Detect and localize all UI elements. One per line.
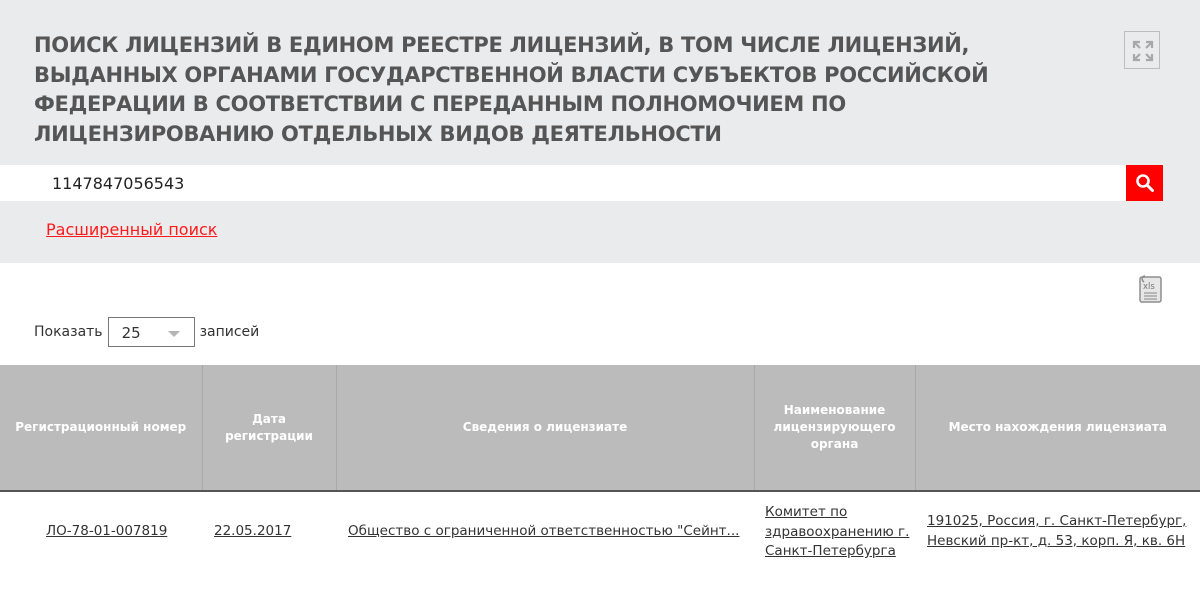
chevron-down-icon	[168, 331, 180, 337]
page-title: ПОИСК ЛИЦЕНЗИЙ В ЕДИНОМ РЕЕСТРЕ ЛИЦЕНЗИЙ…	[34, 31, 1054, 149]
export-xls-button[interactable]: xls	[1138, 274, 1164, 304]
page-length-value: 25	[122, 324, 141, 342]
length-prefix-label: Показать	[34, 324, 103, 340]
column-header-address[interactable]: Место нахождения лицензиата	[915, 365, 1200, 491]
licensee-link[interactable]: Общество с ограниченной ответственностью…	[348, 523, 739, 539]
search-button[interactable]	[1126, 165, 1163, 201]
fullscreen-button[interactable]	[1124, 31, 1160, 69]
length-suffix-label: записей	[200, 324, 260, 340]
table-header-row: Регистрационный номер Дата регистрации С…	[0, 365, 1200, 491]
page-length-control: Показать 25 записей	[34, 317, 259, 347]
reg-date-link[interactable]: 22.05.2017	[214, 523, 291, 539]
search-bar	[0, 165, 1200, 201]
search-header: ПОИСК ЛИЦЕНЗИЙ В ЕДИНОМ РЕЕСТРЕ ЛИЦЕНЗИЙ…	[0, 0, 1200, 263]
xls-file-icon: xls	[1138, 274, 1164, 304]
address-link[interactable]: 191025, Россия, г. Санкт-Петербург, Невс…	[927, 513, 1186, 549]
column-header-reg-number[interactable]: Регистрационный номер	[0, 365, 202, 491]
reg-number-link[interactable]: ЛО-78-01-007819	[46, 523, 167, 539]
column-header-reg-date[interactable]: Дата регистрации	[202, 365, 336, 491]
column-header-authority[interactable]: Наименование лицензирующего органа	[754, 365, 915, 491]
advanced-search-link[interactable]: Расширенный поиск	[46, 220, 217, 239]
search-input[interactable]	[0, 165, 1126, 201]
column-header-licensee[interactable]: Сведения о лицензиате	[336, 365, 754, 491]
page-length-select[interactable]: 25	[108, 317, 195, 347]
expand-arrows-icon	[1131, 39, 1155, 63]
table-row: ЛО-78-01-007819 22.05.2017 Общество с ог…	[0, 491, 1200, 611]
authority-link[interactable]: Комитет по здравоохранению г. Санкт-Пете…	[765, 504, 909, 559]
search-icon	[1135, 173, 1155, 193]
licenses-table: Регистрационный номер Дата регистрации С…	[0, 365, 1200, 611]
svg-text:xls: xls	[1143, 282, 1155, 292]
